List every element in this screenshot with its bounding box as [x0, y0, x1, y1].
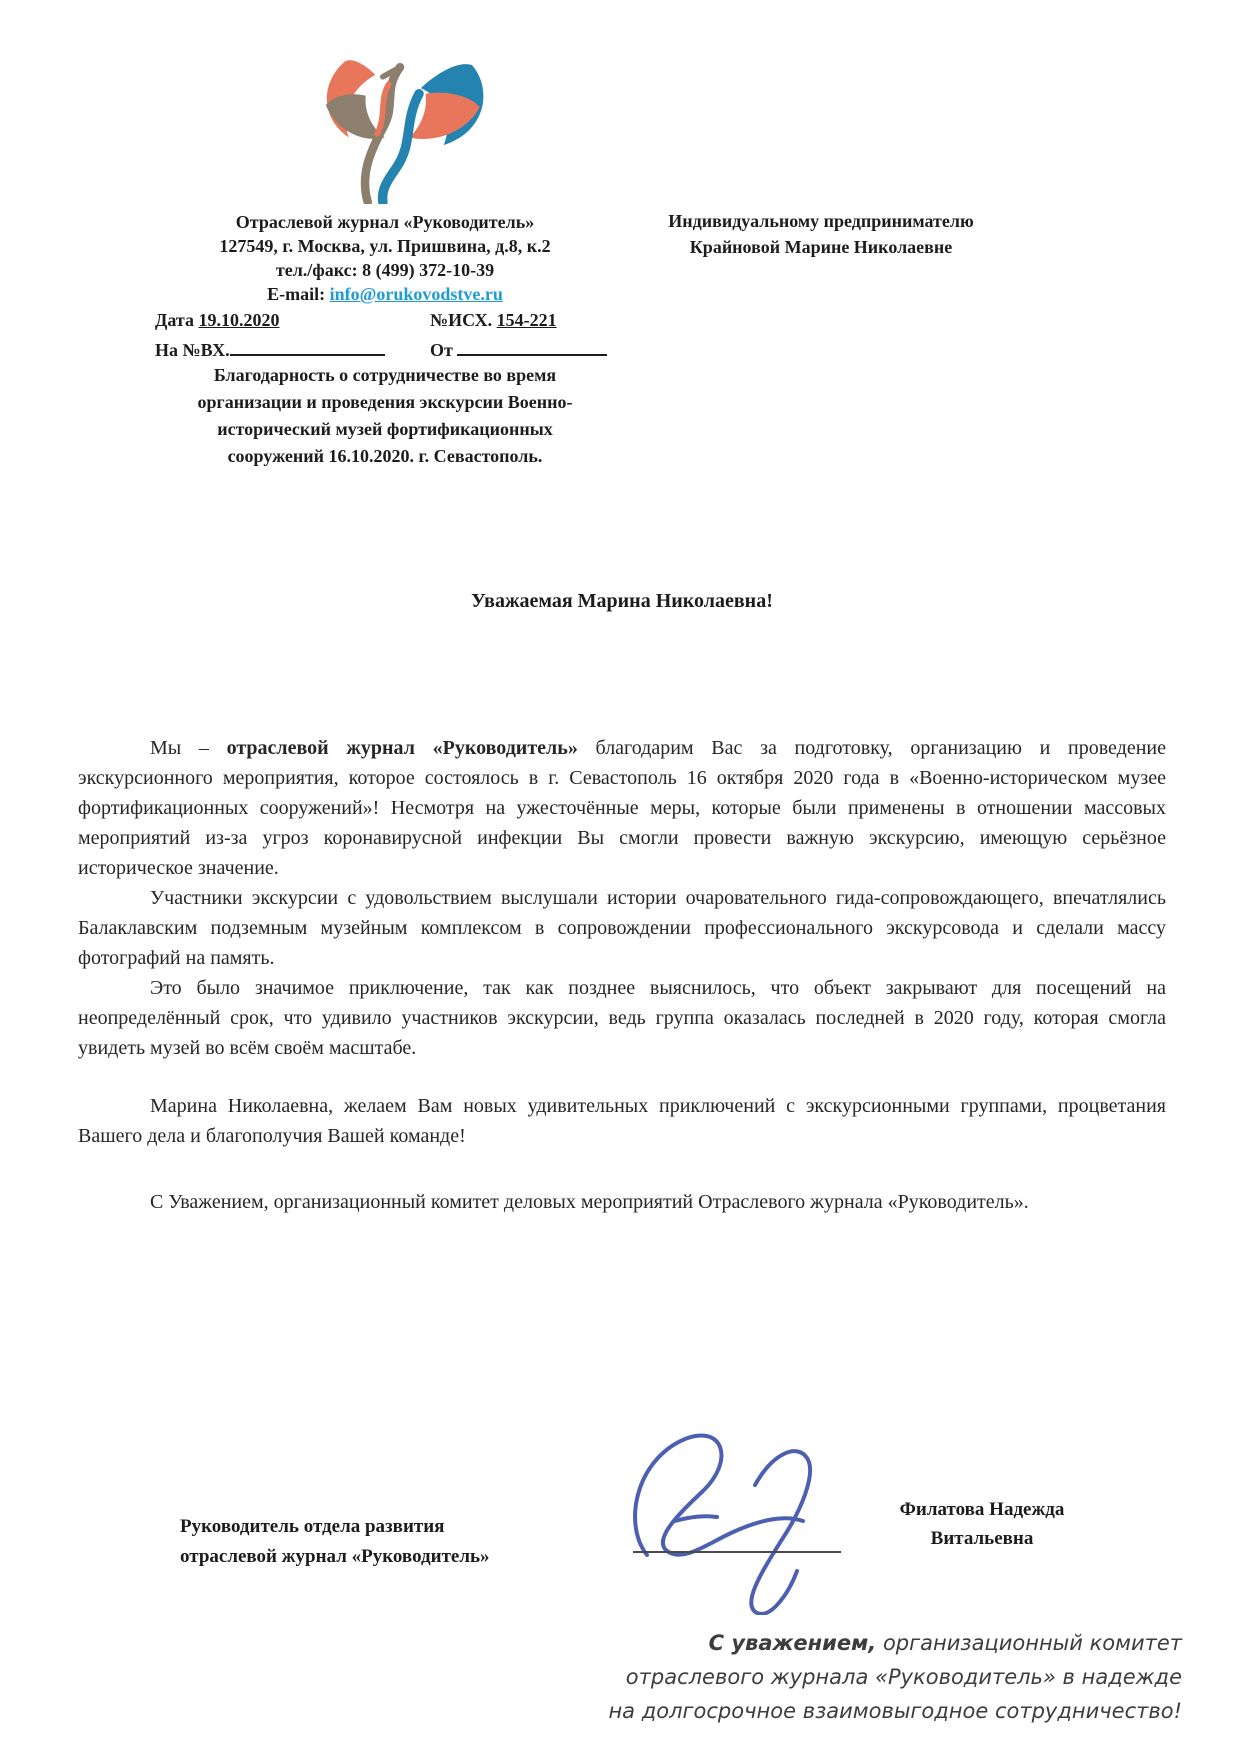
- out-label: №ИСХ.: [430, 310, 492, 330]
- footer-line1-bold: С уважением,: [709, 1631, 877, 1655]
- addressee-line2: Крайновой Марине Николаевне: [636, 234, 1006, 260]
- footer-note: С уважением, организационный комитет отр…: [542, 1626, 1182, 1728]
- subject-line: исторический музей фортификационных: [150, 416, 620, 443]
- from-blank-line: [457, 338, 607, 356]
- email-label: E-mail:: [267, 284, 325, 304]
- phoenix-logo-icon: [283, 52, 498, 204]
- signer-name-line2: Витальевна: [872, 1524, 1092, 1553]
- addressee-block: Индивидуальному предпринимателю Крайново…: [636, 208, 1006, 260]
- footer-line2: отраслевого журнала «Руководитель» в над…: [542, 1660, 1182, 1694]
- footer-line1: С уважением, организационный комитет: [542, 1626, 1182, 1660]
- subject-line: организации и проведения экскурсии Военн…: [150, 389, 620, 416]
- subject-line: сооружений 16.10.2020. г. Севастополь.: [150, 443, 620, 470]
- handwritten-signature: [605, 1425, 905, 1615]
- paragraph-1-bold: отраслевой журнал «Руководитель»: [227, 737, 578, 759]
- org-name: Отраслевой журнал «Руководитель»: [148, 210, 622, 234]
- from-label: От: [430, 340, 453, 360]
- signer-position-line1: Руководитель отдела развития: [180, 1512, 600, 1542]
- incoming-blank-line: [230, 338, 385, 356]
- signer-name-block: Филатова Надежда Витальевна: [872, 1495, 1092, 1553]
- org-address: 127549, г. Москва, ул. Пришвина, д.8, к.…: [148, 234, 622, 258]
- footer-line1-rest: организационный комитет: [876, 1631, 1182, 1655]
- paragraph-2: Участники экскурсии с удовольствием высл…: [78, 883, 1166, 973]
- email-link[interactable]: info@orukovodstve.ru: [330, 284, 503, 304]
- paragraph-4: Марина Николаевна, желаем Вам новых удив…: [78, 1091, 1166, 1151]
- signer-position-line2: отраслевой журнал «Руководитель»: [180, 1542, 600, 1572]
- org-header-block: Отраслевой журнал «Руководитель» 127549,…: [148, 210, 622, 306]
- refs-row-1: Дата 19.10.2020 №ИСХ. 154-221: [155, 310, 600, 338]
- org-phone: тел./факс: 8 (499) 372-10-39: [148, 258, 622, 282]
- footer-line3: на долгосрочное взаимовыгодное сотруднич…: [542, 1694, 1182, 1728]
- letter-body: Мы – отраслевой журнал «Руководитель» бл…: [78, 733, 1166, 1217]
- from-field: От: [430, 338, 607, 361]
- scanned-letter-page: Отраслевой журнал «Руководитель» 127549,…: [0, 0, 1240, 1754]
- reference-lines: Дата 19.10.2020 №ИСХ. 154-221 На №ВХ. От: [155, 310, 600, 366]
- subject-block: Благодарность о сотрудничестве во время …: [150, 362, 620, 470]
- paragraph-1-start: Мы –: [150, 737, 227, 759]
- paragraph-1: Мы – отраслевой журнал «Руководитель» бл…: [78, 733, 1166, 883]
- addressee-line1: Индивидуальному предпринимателю: [636, 208, 1006, 234]
- signer-name-line1: Филатова Надежда: [872, 1495, 1092, 1524]
- date-value: 19.10.2020: [198, 310, 279, 330]
- org-email-row: E-mail: info@orukovodstve.ru: [148, 282, 622, 306]
- subject-line: Благодарность о сотрудничестве во время: [150, 362, 620, 389]
- signer-position-block: Руководитель отдела развития отраслевой …: [180, 1512, 600, 1572]
- out-value: 154-221: [497, 310, 557, 330]
- incoming-label: На №ВХ.: [155, 340, 230, 360]
- signature-underline: [633, 1551, 841, 1553]
- salutation: Уважаемая Марина Николаевна!: [78, 590, 1166, 613]
- paragraph-3: Это было значимое приключение, так как п…: [78, 973, 1166, 1063]
- date-label: Дата: [155, 310, 194, 330]
- paragraph-5: С Уважением, организационный комитет дел…: [78, 1187, 1166, 1217]
- outgoing-number: №ИСХ. 154-221: [430, 310, 557, 331]
